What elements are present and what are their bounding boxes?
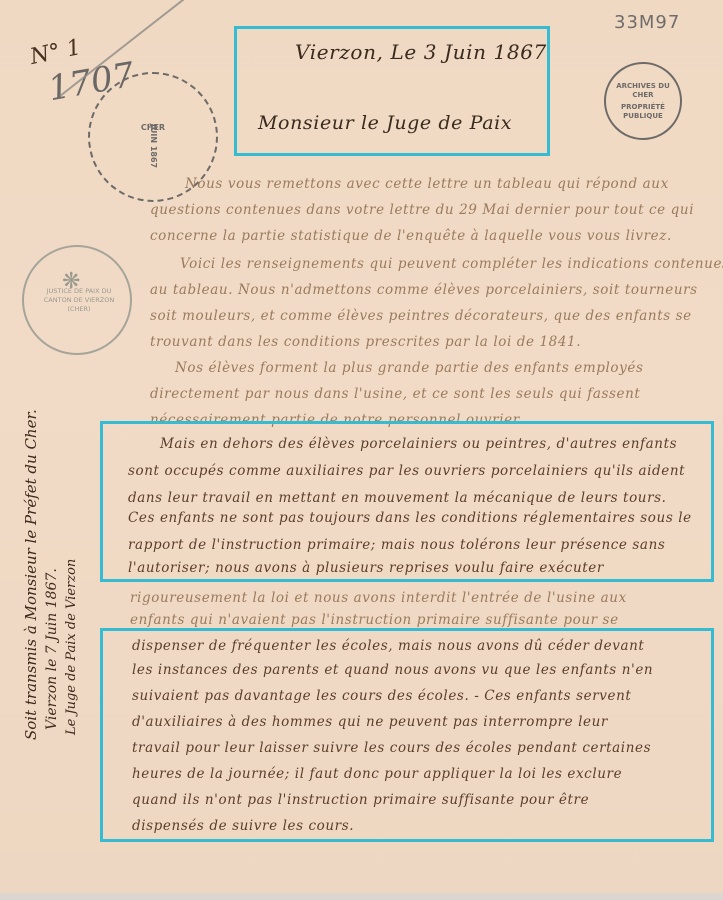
para-6-line-4: d'auxiliaires à des hommes qui ne peuven… <box>132 714 608 730</box>
para-1-line-2: questions contenues dans votre lettre du… <box>150 202 694 218</box>
para-3-line-1: Nos élèves forment la plus grande partie… <box>175 360 643 376</box>
para-3-line-2: directement par nous dans l'usine, et ce… <box>150 386 640 402</box>
postal-stamp-center-text: JUIN 1867 <box>148 124 158 168</box>
para-1-line-3: concerne la partie statistique de l'enqu… <box>150 228 672 244</box>
para-6-line-1: dispenser de fréquenter les écoles, mais… <box>132 638 644 654</box>
para-6-line-3: suivaient pas davantage les cours des éc… <box>132 688 631 704</box>
para-2-line-4: trouvant dans les conditions prescrites … <box>150 334 581 350</box>
letter-page: N° 1 1707 CHER JUIN 1867 33M97 ARCHIVES … <box>0 0 723 900</box>
para-5-line-1: rigoureusement la loi et nous avons inte… <box>130 590 627 606</box>
paragraph-highlight-box-2 <box>100 628 714 842</box>
margin-note-line-1: Soit transmis à Monsieur le Préfet du Ch… <box>22 409 40 740</box>
para-4-line-3: dans leur travail en mettant en mouvemen… <box>128 490 667 506</box>
addressee: Monsieur le Juge de Paix <box>258 112 512 134</box>
para-6-line-5: travail pour leur laisser suivre les cou… <box>132 740 651 756</box>
para-4-line-1: Mais en dehors des élèves porcelainiers … <box>160 436 677 452</box>
margin-note-line-3: Le Juge de Paix de Vierzon <box>64 559 79 735</box>
archives-stamp-ring-text: ARCHIVES DU CHER <box>606 82 680 100</box>
para-4-line-6: l'autoriser; nous avons à plusieurs repr… <box>128 560 604 576</box>
archive-number: 33M97 <box>614 12 680 33</box>
page-bottom-edge <box>0 893 723 900</box>
para-2-line-1: Voici les renseignements qui peuvent com… <box>180 256 723 272</box>
margin-note-line-2: Vierzon le 7 Juin 1867. <box>44 568 60 730</box>
para-2-line-3: soit mouleurs, et comme élèves peintres … <box>150 308 692 324</box>
archives-stamp: ARCHIVES DU CHER PROPRIÉTÉ PUBLIQUE <box>604 62 682 140</box>
para-6-line-2: les instances des parents et quand nous … <box>132 662 653 678</box>
para-6-line-7: quand ils n'ont pas l'instruction primai… <box>132 792 589 808</box>
justice-de-paix-seal: JUSTICE DE PAIX DU CANTON DE VIERZON (CH… <box>22 245 132 355</box>
para-2-line-2: au tableau. Nous n'admettons comme élève… <box>150 282 698 298</box>
para-1-line-1: Nous vous remettons avec cette lettre un… <box>185 176 669 192</box>
eagle-emblem-icon: ❋ <box>62 269 80 294</box>
para-4-line-5: rapport de l'instruction primaire; mais … <box>128 537 665 553</box>
archives-stamp-center-text: PROPRIÉTÉ PUBLIQUE <box>606 103 680 121</box>
para-5-line-2: enfants qui n'avaient pas l'instruction … <box>130 612 619 628</box>
para-4-line-2: sont occupés comme auxiliaires par les o… <box>128 463 685 479</box>
place-date: Vierzon, Le 3 Juin 1867 <box>295 40 547 64</box>
para-6-line-6: heures de la journée; il faut donc pour … <box>132 766 622 782</box>
para-4-line-4: Ces enfants ne sont pas toujours dans le… <box>128 510 692 526</box>
para-6-line-8: dispensés de suivre les cours. <box>132 818 354 834</box>
